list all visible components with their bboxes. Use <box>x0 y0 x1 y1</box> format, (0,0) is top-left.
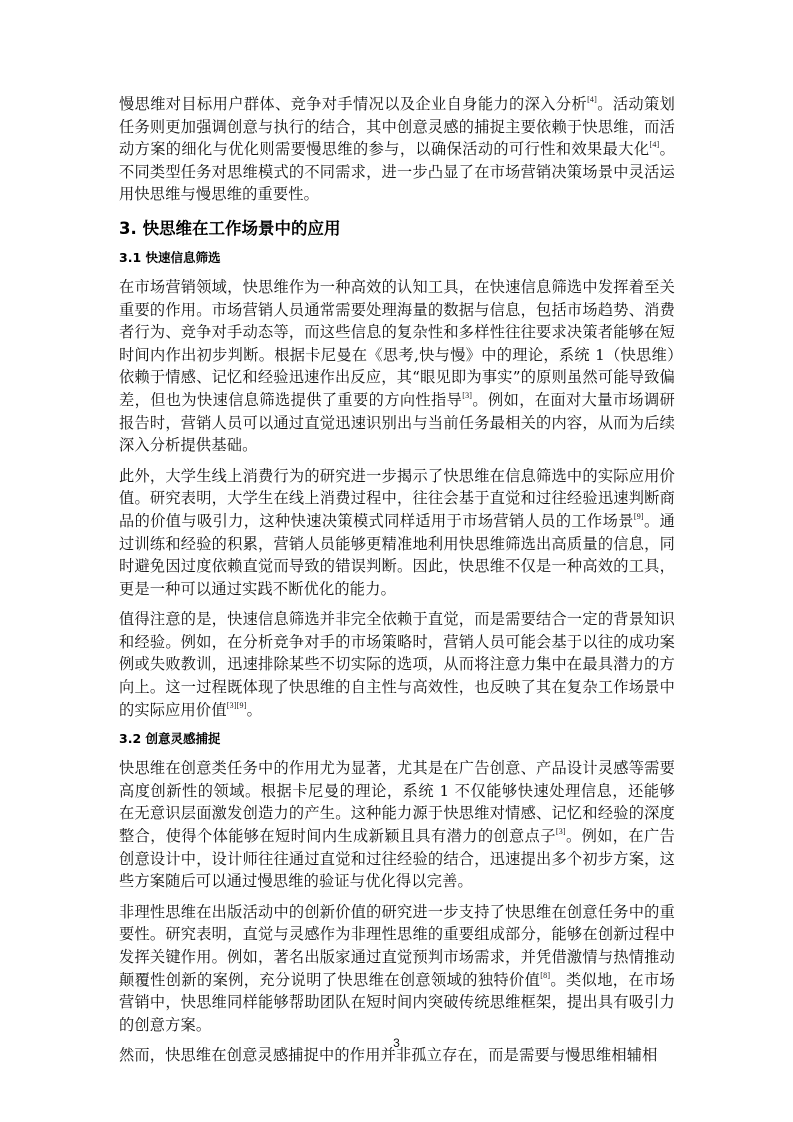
paragraph-text: 值得注意的是，快速信息筛选并非完全依赖于直觉，而是需要结合一定的背景知识和经验。… <box>119 610 675 718</box>
body-paragraph-5: 快思维在创意类任务中的作用尤为显著，尤其是在广告创意、产品设计灵感等需要高度创新… <box>119 757 675 893</box>
body-paragraph-3: 此外，大学生线上消费行为的研究进一步揭示了快思维在信息筛选中的实际应用价值。研究… <box>119 465 675 601</box>
body-paragraph-6: 非理性思维在出版活动中的创新价值的研究进一步支持了快思维在创意任务中的重要性。研… <box>119 901 675 1037</box>
subsection-heading-2: 3.2 创意灵感捕捉 <box>119 729 675 749</box>
citation-reference: [8] <box>540 971 550 980</box>
citation-reference: [9] <box>634 512 644 521</box>
paragraph-text: 在市场营销领域，快思维作为一种高效的认知工具，在快速信息筛选中发挥着至关重要的作… <box>119 278 675 409</box>
citation-reference: [3][9] <box>227 701 247 710</box>
body-paragraph-1: 慢思维对目标用户群体、竞争对手情况以及企业自身能力的深入分析[4]。活动策划任务… <box>119 93 675 206</box>
paragraph-text: 。 <box>247 701 262 719</box>
citation-reference: [3] <box>462 391 472 400</box>
page-number: 3 <box>0 1036 793 1050</box>
document-page: 慢思维对目标用户群体、竞争对手情况以及企业自身能力的深入分析[4]。活动策划任务… <box>0 0 793 1122</box>
citation-reference: [4] <box>587 95 597 104</box>
page-body: 慢思维对目标用户群体、竞争对手情况以及企业自身能力的深入分析[4]。活动策划任务… <box>119 93 675 1075</box>
section-heading-1: 3. 快思维在工作场景中的应用 <box>119 216 675 242</box>
citation-reference: [4] <box>649 140 659 149</box>
paragraph-text: 此外，大学生线上消费行为的研究进一步揭示了快思维在信息筛选中的实际应用价值。研究… <box>119 467 675 530</box>
paragraph-text: 慢思维对目标用户群体、竞争对手情况以及企业自身能力的深入分析 <box>119 95 587 113</box>
citation-reference: [3] <box>556 827 566 836</box>
subsection-heading-1: 3.1 快速信息筛选 <box>119 248 675 268</box>
body-paragraph-2: 在市场营销领域，快思维作为一种高效的认知工具，在快速信息筛选中发挥着至关重要的作… <box>119 276 675 457</box>
body-paragraph-4: 值得注意的是，快速信息筛选并非完全依赖于直觉，而是需要结合一定的背景知识和经验。… <box>119 608 675 721</box>
